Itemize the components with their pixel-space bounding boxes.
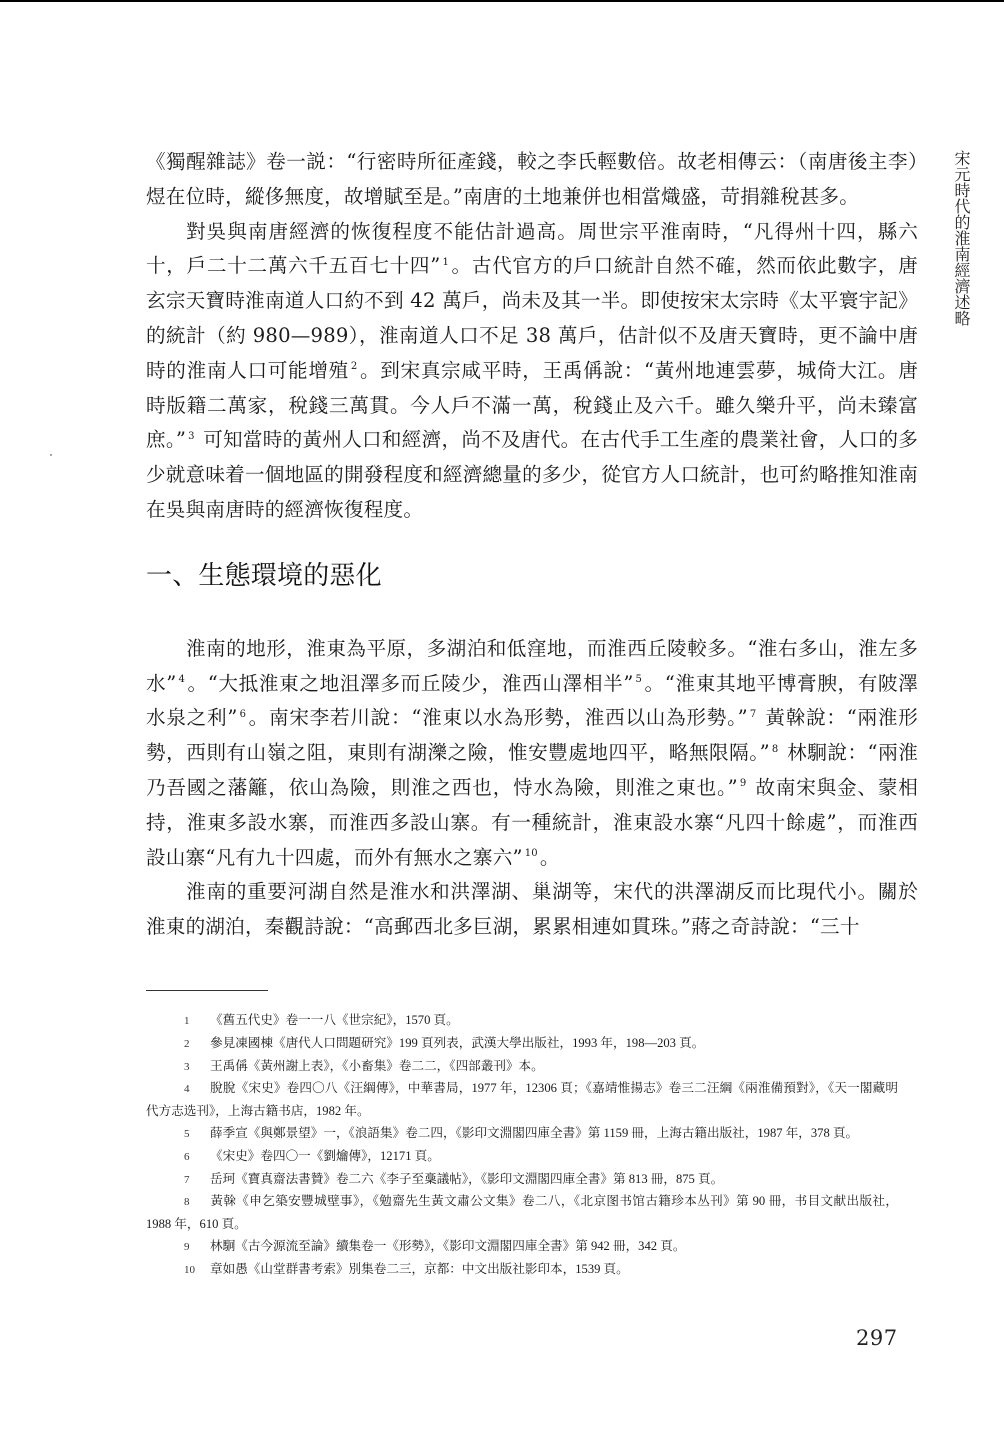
footnote-number: 9	[184, 1237, 210, 1259]
footnote-number: 3	[184, 1057, 210, 1079]
footnote-2: 2參見凍國棟《唐代人口問題研究》199 頁列表，武漢大學出版社，1993 年，1…	[146, 1033, 898, 1056]
section-heading: 一、生態環境的惡化	[146, 556, 918, 596]
footnote-6: 6《宋史》卷四〇一《劉爚傳》，12171 頁。	[146, 1146, 898, 1169]
footnote-number: 1	[184, 1011, 210, 1033]
paragraph-4: 淮南的重要河湖自然是淮水和洪澤湖、巢湖等，宋代的洪澤湖反而比現代小。關於淮東的湖…	[146, 875, 918, 945]
footnote-3: 3王禹偁《黃州謝上表》，《小畜集》卷二二，《四部叢刊》本。	[146, 1056, 898, 1079]
footnote-number: 8	[184, 1192, 210, 1214]
paragraph-2: 對吳與南唐經濟的恢復程度不能估計過高。周世宗平淮南時，“凡得州十四，縣六十，戶二…	[146, 215, 918, 528]
footnote-number: 7	[184, 1170, 210, 1192]
footnote-ref-5[interactable]: 5	[636, 674, 643, 685]
footnote-ref-2[interactable]: 2	[351, 361, 358, 372]
footnote-number: 10	[184, 1260, 210, 1282]
paragraph-3: 淮南的地形，淮東為平原，多湖泊和低窪地，而淮西丘陵較多。“淮右多山，淮左多水”4…	[146, 632, 918, 876]
footnote-number: 6	[184, 1147, 210, 1169]
footnote-5: 5薛季宣《與鄭景望》一，《浪語集》卷二四，《影印文淵閣四庫全書》第 1159 冊…	[146, 1123, 898, 1146]
footnote-ref-1[interactable]: 1	[442, 257, 449, 268]
footnote-8: 8黃榦《申乞築安豐城壁事》，《勉齋先生黃文肅公文集》卷二八，《北京图书馆古籍珍本…	[146, 1191, 898, 1236]
footnote-number: 4	[184, 1079, 210, 1101]
footnote-ref-3[interactable]: 3	[188, 431, 195, 442]
footnote-ref-6[interactable]: 6	[240, 709, 247, 720]
footnote-ref-7[interactable]: 7	[750, 709, 757, 720]
footnote-1: 1《舊五代史》卷一一八《世宗紀》，1570 頁。	[146, 1010, 898, 1033]
footnote-7: 7岳珂《寶真齋法書贊》卷二六《李子至稾議帖》，《影印文淵閣四庫全書》第 813 …	[146, 1169, 898, 1192]
footnote-ref-10[interactable]: 10	[525, 848, 538, 859]
scan-speck	[50, 454, 52, 456]
footnote-ref-9[interactable]: 9	[740, 778, 747, 789]
footnote-separator	[146, 990, 268, 991]
footnote-number: 5	[184, 1124, 210, 1146]
main-text: 《獨醒雜誌》卷一説：“行密時所征產錢，較之李氏輕數倍。故老相傳云：（南唐後主李）…	[146, 145, 918, 945]
paragraph-1: 《獨醒雜誌》卷一説：“行密時所征產錢，較之李氏輕數倍。故老相傳云：（南唐後主李）…	[146, 145, 918, 215]
footnotes: 1《舊五代史》卷一一八《世宗紀》，1570 頁。 2參見凍國棟《唐代人口問題研究…	[146, 1010, 898, 1282]
footnote-4: 4脫脫《宋史》卷四〇八《汪綱傳》，中華書局，1977 年，12306 頁；《嘉靖…	[146, 1078, 898, 1123]
footnote-number: 2	[184, 1034, 210, 1056]
footnote-ref-8[interactable]: 8	[772, 744, 779, 755]
page-number: 297	[856, 1326, 898, 1350]
footnote-ref-4[interactable]: 4	[178, 674, 185, 685]
running-head: 宋元時代的淮南經濟述略	[947, 150, 969, 326]
footnote-9: 9林駉《古今源流至論》續集卷一《形勢》，《影印文淵閣四庫全書》第 942 冊，3…	[146, 1236, 898, 1259]
page-top-border	[0, 0, 1004, 2]
footnote-10: 10章如愚《山堂群書考索》別集卷二三，京都：中文出版社影印本，1539 頁。	[146, 1259, 898, 1282]
